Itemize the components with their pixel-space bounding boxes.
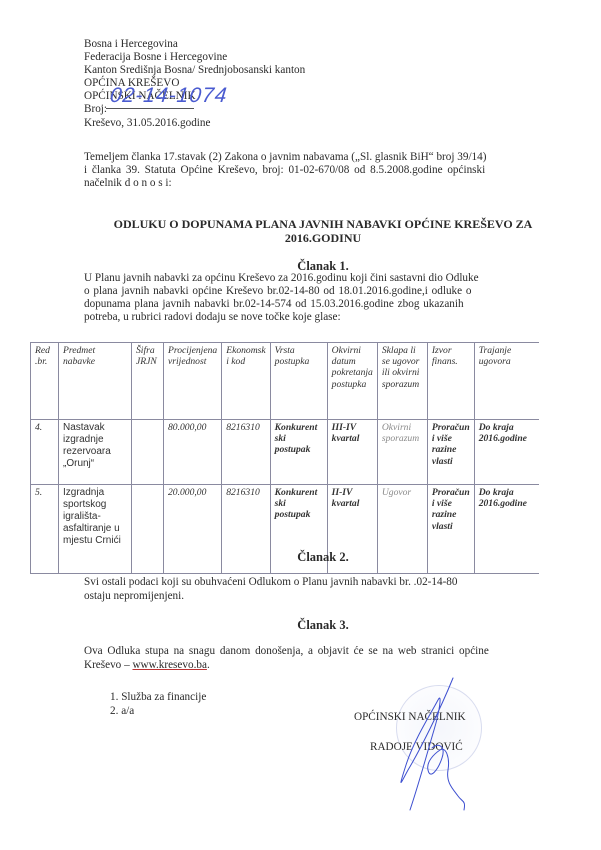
handwritten-signature-icon xyxy=(380,670,490,820)
header-federation: Federacija Bosne i Hercegovine xyxy=(84,51,227,64)
broj-underline xyxy=(106,108,194,109)
table-row: 4. Nastavak izgradnje rezervoara „Orunj“… xyxy=(31,420,540,485)
cell-datum: III-IV kvartal xyxy=(327,420,377,485)
distribution-item-2: 2. a/a xyxy=(110,705,134,719)
col-header-ugovor: Sklapa li se ugovor ili okvirni sporazum xyxy=(377,343,427,420)
col-header-izvor: Izvor finans. xyxy=(427,343,474,420)
procurement-table: Red .br. Predmet nabavke Šifra JRJN Proc… xyxy=(30,342,539,574)
cell-postupak: Konkurent ski postupak xyxy=(270,420,327,485)
preamble-line-1: Temeljem članka 17.stavak (2) Zakona o j… xyxy=(84,151,486,164)
col-header-kod: Ekonomsk i kod xyxy=(222,343,270,420)
cell-sifra xyxy=(132,420,164,485)
cell-trajanje: Do kraja 2016.godine xyxy=(474,420,539,485)
cell-predmet: Nastavak izgradnje rezervoara „Orunj“ xyxy=(59,420,132,485)
cell-ugovor: Okvirni sporazum xyxy=(377,420,427,485)
cell-izvor: Proračun i više razine vlasti xyxy=(427,420,474,485)
broj-handwritten: 02-14-1074 xyxy=(109,84,229,108)
article-2-line-1: Svi ostali podaci koji su obuhvaćeni Odl… xyxy=(84,576,458,589)
article-3-prefix: Kreševo – xyxy=(84,659,132,671)
website-link[interactable]: www.kresevo.ba xyxy=(132,659,206,671)
table-header-row: Red .br. Predmet nabavke Šifra JRJN Proc… xyxy=(31,343,540,420)
article-3-line-2: Kreševo – www.kresevo.ba. xyxy=(84,659,210,672)
article-3-suffix: . xyxy=(207,659,210,671)
col-header-datum: Okvirni datum pokretanja postupka xyxy=(327,343,377,420)
col-header-sifra: Šifra JRJN xyxy=(132,343,164,420)
broj-label: Broj: xyxy=(84,103,107,115)
cell-kod: 8216310 xyxy=(222,420,270,485)
col-header-trajanje: Trajanje ugovora xyxy=(474,343,539,420)
col-header-postupak: Vrsta postupka xyxy=(270,343,327,420)
preamble-line-3: načelnik d o n o s i: xyxy=(84,177,172,190)
article-1-line-3: dopunama plana javnih nabavki br.02-14-5… xyxy=(84,298,464,311)
preamble-line-2: i članka 39. Statuta Općine Kreševo, bro… xyxy=(84,164,485,177)
article-1-line-1: U Planu javnih nabavki za općinu Kreševo… xyxy=(84,272,479,285)
decision-title-line-1: ODLUKU O DOPUNAMA PLANA JAVNIH NABAVKI O… xyxy=(84,217,562,231)
article-1-line-2: o plana javnih nabavki općine Kreševo br… xyxy=(84,285,472,298)
decision-title-line-2: 2016.GODINU xyxy=(84,231,562,245)
col-header-predmet: Predmet nabavke xyxy=(59,343,132,420)
cell-red: 4. xyxy=(31,420,59,485)
cell-red: 5. xyxy=(31,485,59,574)
place-date: Kreševo, 31.05.2016.godine xyxy=(84,117,210,130)
article-3-line-1: Ova Odluka stupa na snagu danom donošenj… xyxy=(84,645,489,658)
distribution-item-1: 1. Služba za financije xyxy=(110,691,206,705)
col-header-red-br: Red .br. xyxy=(31,343,59,420)
article-1-line-4: potreba, u rubrici radovi dodaju se nove… xyxy=(84,311,341,324)
article-3-heading: Članak 3. xyxy=(84,618,562,633)
header-canton: Kanton Središnja Bosna/ Srednjobosanski … xyxy=(84,64,305,77)
article-2-heading: Članak 2. xyxy=(84,550,562,565)
header-country: Bosna i Hercegovina xyxy=(84,38,178,51)
cell-vrijednost: 80.000,00 xyxy=(164,420,222,485)
article-2-line-2: ostaju nepromijenjeni. xyxy=(84,590,184,603)
col-header-vrijednost: Procijenjena vrijednost xyxy=(164,343,222,420)
